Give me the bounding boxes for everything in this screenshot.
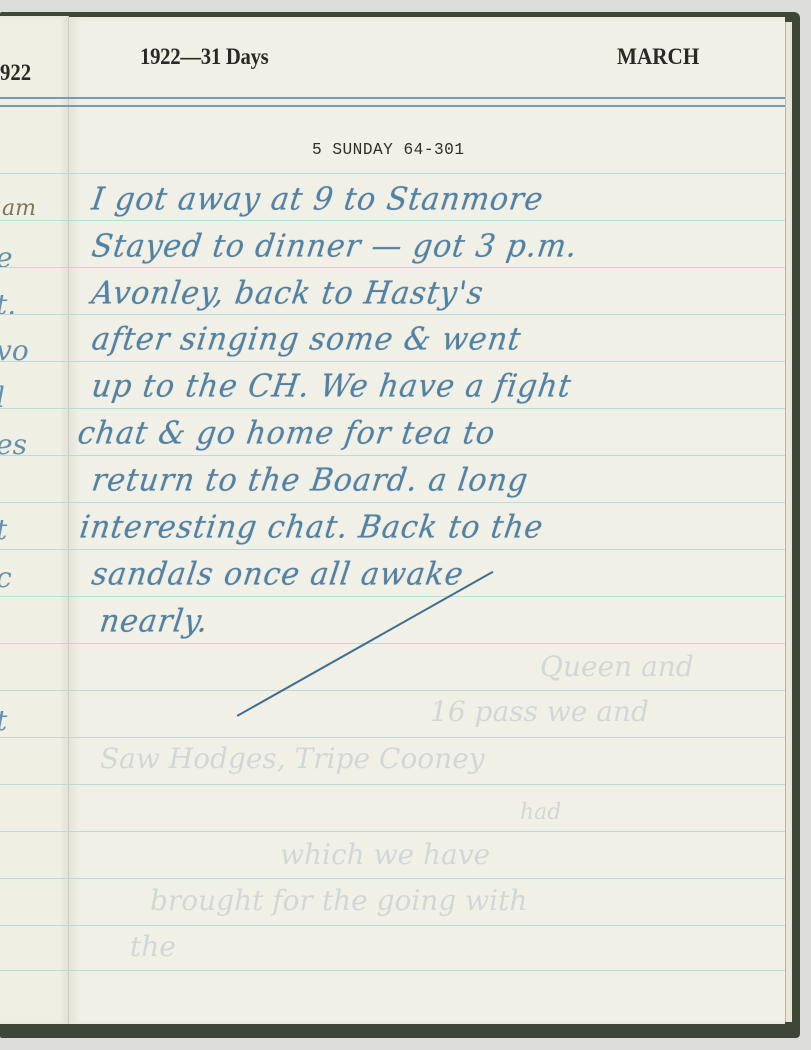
bleed-through-text: Queen and <box>540 650 694 683</box>
handwritten-line: after singing some & went <box>89 321 523 358</box>
handwritten-line: Stayed to dinner — got 3 p.m. <box>89 228 580 265</box>
bleed-through-text: 16 pass we and <box>430 695 649 728</box>
margin-fragment: t <box>0 704 7 737</box>
ruled-line <box>0 220 785 221</box>
ruled-line <box>0 408 785 409</box>
ruled-line <box>0 361 785 362</box>
handwritten-line: Avonley, back to Hasty's <box>89 275 486 312</box>
handwritten-line: nearly. <box>97 603 211 640</box>
handwritten-line: up to the CH. We have a fight <box>89 368 574 405</box>
ruled-line <box>0 267 785 268</box>
page-edge <box>785 22 792 1022</box>
ruled-line <box>0 596 785 597</box>
ruled-line <box>0 878 785 879</box>
bleed-through-text: the <box>130 930 176 963</box>
ruled-line <box>0 784 785 785</box>
left-page-header: 922 <box>0 60 31 86</box>
ruled-line <box>0 970 785 971</box>
bleed-through-text: had <box>520 800 561 825</box>
margin-fragment: c <box>0 561 12 594</box>
bleed-through-text: Saw Hodges, Tripe Cooney <box>100 742 485 775</box>
ruled-line <box>0 737 785 738</box>
header-month: MARCH <box>617 44 699 70</box>
margin-fragment: vo <box>0 334 29 367</box>
margin-fragment: e <box>0 241 13 274</box>
ruled-line <box>0 643 785 644</box>
header-rule-top <box>0 97 785 99</box>
handwritten-line: I got away at 9 to Stanmore <box>89 181 546 218</box>
header-rule-bottom <box>0 105 785 107</box>
bleed-through-text: which we have <box>280 838 490 871</box>
handwritten-line: return to the Board. a long <box>89 462 530 499</box>
handwritten-line: interesting chat. Back to the <box>77 509 545 546</box>
ruled-line <box>0 502 785 503</box>
margin-fragment: am <box>2 196 36 221</box>
ruled-line <box>0 690 785 691</box>
margin-fragment: t. <box>0 288 16 321</box>
ruled-line <box>0 455 785 456</box>
margin-fragment: l <box>0 381 5 414</box>
ruled-line <box>0 549 785 550</box>
ruled-line <box>0 314 785 315</box>
handwritten-line: sandals once all awake <box>89 556 466 593</box>
day-label: 5 SUNDAY 64-301 <box>312 141 465 160</box>
ruled-line <box>0 831 785 832</box>
ruled-line <box>0 173 785 174</box>
header-year-days: 1922—31 Days <box>140 44 268 70</box>
margin-fragment: es <box>0 428 27 461</box>
ruled-line <box>0 925 785 926</box>
bleed-through-text: brought for the going with <box>150 884 527 917</box>
margin-fragment: t <box>0 513 7 546</box>
handwritten-line: chat & go home for tea to <box>75 415 497 452</box>
left-page: 922 am e t. vo l es t c t <box>0 16 69 1024</box>
